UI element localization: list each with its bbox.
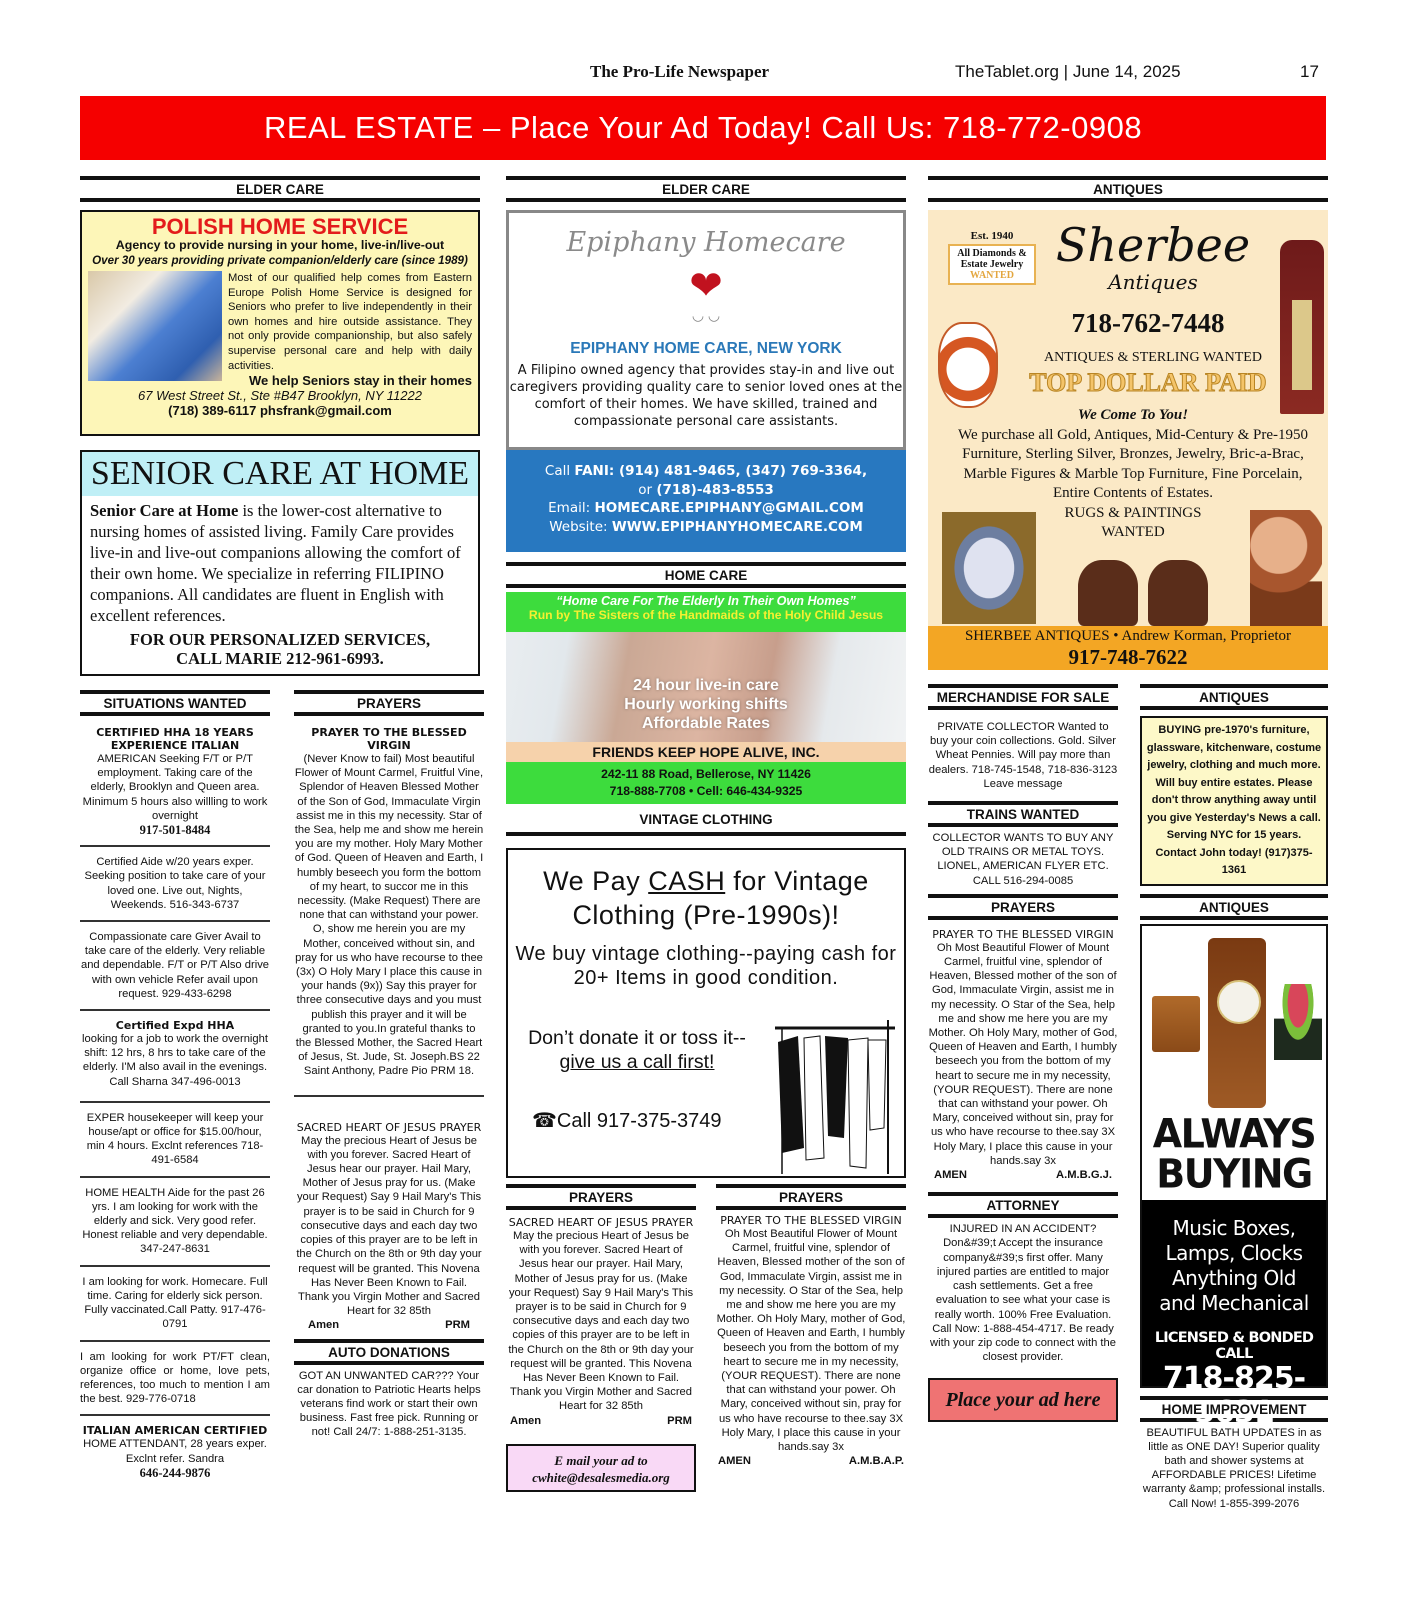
page-number: 17 (1300, 62, 1319, 82)
email-prefix: Email: (548, 500, 594, 516)
yesterdays-news-ad: BUYING pre-1970's furniture, glassware, … (1140, 716, 1328, 886)
phonograph-icon (1152, 996, 1200, 1052)
place-your-ad-button[interactable]: Place your ad here (928, 1378, 1118, 1422)
section-header-trains: TRAINS WANTED (928, 801, 1118, 827)
section-header-elder-care: ELDER CARE (80, 176, 480, 202)
ad-heading: Certified Expd HHA (80, 1019, 270, 1032)
signoff-right: A.M.B.G.J. (1056, 1168, 1112, 1182)
website-url: WWW.EPIPHANYHOMECARE.COM (612, 519, 863, 535)
ad-body: HOME HEALTH Aide for the past 26 yrs. I … (80, 1186, 270, 1257)
ad-body: looking for a job to work the overnight … (80, 1032, 270, 1089)
prayer-body: Oh Most Beautiful Flower of Mount Carmel… (928, 941, 1118, 1168)
prayer-ad: SACRED HEART OF JESUS PRAYER May the pre… (294, 1121, 484, 1333)
organization-name: FRIENDS KEEP HOPE ALIVE, INC. (506, 742, 906, 762)
prayer-body: (Never Know to fail) Most beautiful Flow… (294, 752, 484, 1079)
footer-phone: 917-748-7622 (928, 646, 1328, 668)
prayer-title: PRAYER TO THE BLESSED VIRGIN (294, 726, 484, 752)
or-prefix: or (638, 482, 656, 498)
ad-logo-script: Epiphany Homecare (509, 227, 903, 258)
ad-body: Certified Aide w/20 years exper. Seeking… (80, 855, 270, 912)
ad-body: Senior Care at Home is the lower-cost al… (82, 496, 478, 630)
email-your-ad-box[interactable]: E mail your ad to cwhite@desalesmedia.or… (506, 1444, 696, 1492)
prayer-signoff: Amen PRM (294, 1318, 484, 1332)
ad-cta-line2: CALL MARIE 212-961-6993. (82, 649, 478, 668)
est-badge: Est. 1940 All Diamonds & Estate Jewelry … (948, 230, 1036, 285)
sherbee-logo: Sherbee Antiques (1043, 220, 1263, 294)
signoff-right: A.M.B.A.P. (849, 1454, 904, 1468)
ad-subtitle: Agency to provide nursing in your home, … (88, 238, 472, 252)
ad-top-panel: Epiphany Homecare ❤ ◡ ◡ EPIPHANY HOME CA… (506, 210, 906, 450)
prayer-ad: SACRED HEART OF JESUS PRAYER May the pre… (506, 1216, 696, 1428)
polish-home-service-ad: POLISH HOME SERVICE Agency to provide nu… (80, 210, 480, 436)
ad-message: Don’t donate it or toss it--give us a ca… (522, 1026, 752, 1074)
section-header-antiques: ANTIQUES (928, 176, 1328, 202)
auto-donation-ad: GOT AN UNWANTED CAR??? Your car donation… (294, 1369, 484, 1440)
heart-icon: ❤ (509, 264, 903, 308)
ad-contact-panel: Call FANI: (914) 481-9465, (347) 769-336… (506, 450, 906, 552)
item-line: and Mechanical (1142, 1291, 1326, 1316)
divider (80, 1101, 270, 1103)
real-estate-banner: REAL ESTATE – Place Your Ad Today! Call … (80, 96, 1326, 160)
established-year: Est. 1940 (948, 230, 1036, 242)
section-header-auto-donations: AUTO DONATIONS (294, 1339, 484, 1365)
always-buying-headline: ALWAYS BUYING (1142, 1114, 1326, 1194)
friends-keep-hope-alive-ad: “Home Care For The Elderly In Their Own … (506, 592, 906, 804)
merchandise-ad: PRIVATE COLLECTOR Wanted to buy your coi… (928, 720, 1118, 791)
ad-body: EXPER housekeeper will keep your house/a… (80, 1111, 270, 1168)
section-header-prayers: PRAYERS (928, 894, 1118, 920)
licensed-bonded: LICENSED & BONDED CALL (1142, 1330, 1326, 1362)
prayer-signoff: Amen PRM (506, 1414, 696, 1428)
section-header-elder-care-2: ELDER CARE (506, 176, 906, 202)
classified-ad: HOME HEALTH Aide for the past 26 yrs. I … (80, 1186, 270, 1257)
epiphany-home-care-ad: Epiphany Homecare ❤ ◡ ◡ EPIPHANY HOME CA… (506, 210, 906, 552)
section-header-vintage-clothing: VINTAGE CLOTHING (506, 810, 906, 836)
top-dollar-paid: TOP DOLLAR PAID (998, 368, 1298, 398)
ad-heading: ITALIAN AMERICAN CERTIFIED (80, 1424, 270, 1437)
column-5b: ANTIQUES BUYING pre-1970's furniture, gl… (1140, 684, 1328, 1511)
message-underlined: give us a call first! (560, 1051, 715, 1073)
senior-care-at-home-ad: SENIOR CARE AT HOME Senior Care at Home … (80, 450, 480, 676)
email-address-link[interactable]: cwhite@desalesmedia.org (508, 1469, 694, 1486)
logo-sub: Antiques (1043, 270, 1263, 294)
bronze-figure-icon (1148, 560, 1208, 626)
prayer-body: Oh Most Beautiful Flower of Mount Carmel… (716, 1227, 906, 1454)
antiques-wanted: ANTIQUES & STERLING WANTED (1008, 350, 1298, 366)
signoff-left: Amen (308, 1318, 339, 1332)
ad-address: 242-11 88 Road, Bellerose, NY 11426 (506, 766, 906, 783)
ad-footer: SHERBEE ANTIQUES • Andrew Korman, Propri… (928, 626, 1328, 670)
headline-part: We Pay (543, 866, 648, 896)
hands-icon: ◡ ◡ (509, 308, 903, 322)
call-number: Call 917-375-3749 (557, 1110, 722, 1132)
divider (80, 1340, 270, 1342)
item-line: Music Boxes, (1142, 1216, 1326, 1241)
caregiver-photo (88, 271, 222, 381)
prayer-signoff: AMEN A.M.B.G.J. (928, 1168, 1118, 1182)
antiques-illustration (1142, 926, 1326, 1116)
proprietor: SHERBEE ANTIQUES • Andrew Korman, Propri… (928, 626, 1328, 646)
classified-ad: Certified Aide w/20 years exper. Seeking… (80, 855, 270, 912)
logo-main: Sherbee (1043, 220, 1263, 270)
signoff-left: Amen (510, 1414, 541, 1428)
ad-header: “Home Care For The Elderly In Their Own … (506, 592, 906, 632)
prayers-column-3b: PRAYERS PRAYER TO THE BLESSED VIRGIN Oh … (716, 1184, 906, 1468)
ad-body: A Filipino owned agency that provides st… (509, 362, 903, 430)
divider (80, 845, 270, 847)
section-header-prayers: PRAYERS (506, 1184, 696, 1210)
tiffany-lamp-icon (1274, 984, 1322, 1060)
prayer-title: PRAYER TO THE BLESSED VIRGIN (928, 928, 1118, 941)
ad-headline: We Pay CASH for Vintage Clothing (Pre-19… (514, 864, 898, 932)
alt-phone: (718)-483-8553 (656, 482, 773, 498)
divider (80, 1176, 270, 1178)
divider (80, 1265, 270, 1267)
ad-quote: “Home Care For The Elderly In Their Own … (506, 594, 906, 608)
vase-icon (938, 322, 998, 408)
always-buying-panel: Music Boxes, Lamps, Clocks Anything Old … (1142, 1200, 1326, 1386)
situations-wanted-column: SITUATIONS WANTED CERTIFIED HHA 18 YEARS… (80, 690, 270, 1480)
ad-call: ☎Call 917-375-3749 (532, 1108, 721, 1133)
ad-lead: Senior Care at Home (90, 501, 238, 520)
classified-ad: I am looking for work. Homecare. Full ti… (80, 1275, 270, 1332)
signoff-left: AMEN (934, 1168, 967, 1182)
ad-run-by: Run by The Sisters of the Handmaids of t… (506, 608, 906, 622)
email-prompt: E mail your ad to (508, 1452, 694, 1469)
column-5a: MERCHANDISE FOR SALE PRIVATE COLLECTOR W… (928, 684, 1118, 1422)
ad-body: AMERICAN Seeking F/T or P/T employment. … (80, 752, 270, 823)
signoff-right: PRM (667, 1414, 692, 1428)
ad-heading: CERTIFIED HHA 18 YEARS EXPERIENCE ITALIA… (80, 726, 270, 752)
prayer-body: May the precious Heart of Jesus be with … (506, 1229, 696, 1414)
ad-phone: 646-244-9876 (80, 1466, 270, 1480)
section-header-home-care: HOME CARE (506, 562, 906, 588)
prayer-title: SACRED HEART OF JESUS PRAYER (506, 1216, 696, 1229)
prayer-title: PRAYER TO THE BLESSED VIRGIN (716, 1214, 906, 1227)
classified-ad: I am looking for work PT/FT clean, organ… (80, 1350, 270, 1407)
item-line: Anything Old (1142, 1266, 1326, 1291)
ad-body: HOME ATTENDANT, 28 years exper. Exclnt r… (80, 1437, 270, 1465)
wall-clock-icon (1208, 938, 1266, 1108)
divider (80, 1414, 270, 1416)
frame-line: Estate Jewelry (952, 259, 1032, 270)
headline-cash: CASH (648, 866, 725, 896)
section-header-merchandise: MERCHANDISE FOR SALE (928, 684, 1118, 710)
classified-ad: ITALIAN AMERICAN CERTIFIED HOME ATTENDAN… (80, 1424, 270, 1480)
service-line: Hourly working shifts (506, 695, 906, 714)
ad-phone: 917-501-8484 (80, 823, 270, 837)
ad-title: EPIPHANY HOME CARE, NEW YORK (509, 340, 903, 358)
section-header-antiques-2: ANTIQUES (1140, 894, 1328, 920)
classified-ad: EXPER housekeeper will keep your house/a… (80, 1111, 270, 1168)
divider (80, 920, 270, 922)
prayer-title: SACRED HEART OF JESUS PRAYER (294, 1121, 484, 1134)
ad-phones: 718-888-7708 • Cell: 646-434-9325 (506, 783, 906, 800)
ad-tagline: Over 30 years providing private companio… (88, 254, 472, 267)
telephone-icon: ☎ (532, 1110, 557, 1132)
call-prefix: Call (545, 463, 575, 479)
item-line: Lamps, Clocks (1142, 1241, 1326, 1266)
prayer-body: May the precious Heart of Jesus be with … (294, 1134, 484, 1319)
prayer-ad: PRAYER TO THE BLESSED VIRGIN Oh Most Bea… (928, 928, 1118, 1182)
attorney-ad: INJURED IN AN ACCIDENT? Don&#39;t Accept… (928, 1222, 1118, 1364)
ad-body: I am looking for work. Homecare. Full ti… (80, 1275, 270, 1332)
email-address: HOMECARE.EPIPHANY@GMAIL.COM (594, 500, 863, 516)
ad-body: I am looking for work PT/FT clean, organ… (80, 1350, 270, 1407)
portrait-painting-icon (942, 512, 1036, 624)
prayer-ad: PRAYER TO THE BLESSED VIRGIN (Never Know… (294, 726, 484, 1079)
ad-title: SENIOR CARE AT HOME (82, 452, 478, 496)
classified-ad: Compassionate care Giver Avail to take c… (80, 930, 270, 1001)
divider (294, 1095, 484, 1097)
purchase-list: We purchase all Gold, Antiques, Mid-Cent… (958, 426, 1308, 504)
ad-title: POLISH HOME SERVICE (88, 216, 472, 238)
ad-phone: 718-762-7448 (1028, 308, 1268, 339)
call-phones: FANI: (914) 481-9465, (347) 769-3364, (574, 463, 867, 479)
ad-contact: (718) 389-6117 phsfrank@gmail.com (88, 403, 472, 418)
ad-cta-line1: FOR OUR PERSONALIZED SERVICES, (82, 630, 478, 649)
frame-wanted: WANTED (952, 270, 1032, 281)
vintage-clothing-ad: We Pay CASH for Vintage Clothing (Pre-19… (506, 848, 906, 1178)
clothing-rack-icon (770, 1018, 900, 1174)
section-header-prayers: PRAYERS (294, 690, 484, 716)
ad-footer: 242-11 88 Road, Bellerose, NY 11426 718-… (506, 762, 906, 804)
prayer-signoff: AMEN A.M.B.A.P. (716, 1454, 906, 1468)
frame-line: All Diamonds & (952, 248, 1032, 259)
diamonds-frame: All Diamonds & Estate Jewelry WANTED (948, 244, 1036, 285)
gramophone-icon (1250, 510, 1322, 628)
sherbee-antiques-ad: Est. 1940 All Diamonds & Estate Jewelry … (928, 210, 1328, 670)
prayers-column-3a: PRAYERS SACRED HEART OF JESUS PRAYER May… (506, 1184, 696, 1492)
ad-address: 67 West Street St., Ste #B47 Brooklyn, N… (88, 388, 472, 403)
section-header-situations-wanted: SITUATIONS WANTED (80, 690, 270, 716)
section-header-attorney: ATTORNEY (928, 1192, 1118, 1218)
message-part: Don’t donate it or toss it-- (528, 1027, 746, 1049)
section-header-antiques: ANTIQUES (1140, 684, 1328, 710)
service-line: 24 hour live-in care (506, 676, 906, 695)
prayer-ad: PRAYER TO THE BLESSED VIRGIN Oh Most Bea… (716, 1214, 906, 1468)
ad-subheadline: We buy vintage clothing--paying cash for… (514, 942, 898, 990)
signoff-left: AMEN (718, 1454, 751, 1468)
trains-ad: COLLECTOR WANTS TO BUY ANY OLD TRAINS OR… (928, 831, 1118, 888)
website-prefix: Website: (549, 519, 612, 535)
holding-hands-photo: 24 hour live-in care Hourly working shif… (506, 632, 906, 742)
divider (80, 1009, 270, 1011)
signoff-right: PRM (445, 1318, 470, 1332)
ad-body: Compassionate care Giver Avail to take c… (80, 930, 270, 1001)
bronze-figure-icon (1078, 560, 1138, 626)
prayers-column-2: PRAYERS PRAYER TO THE BLESSED VIRGIN (Ne… (294, 690, 484, 1440)
we-come-to-you: We Come To You! (958, 406, 1308, 426)
classified-ad: Certified Expd HHA looking for a job to … (80, 1019, 270, 1089)
classified-ad: CERTIFIED HHA 18 YEARS EXPERIENCE ITALIA… (80, 726, 270, 837)
home-improvement-ad: BEAUTIFUL BATH UPDATES in as little as O… (1140, 1426, 1328, 1511)
section-header-prayers: PRAYERS (716, 1184, 906, 1210)
site-and-date: TheTablet.org | June 14, 2025 (955, 62, 1181, 82)
newspaper-tagline: The Pro-Life Newspaper (590, 62, 769, 82)
always-buying-ad: ALWAYS BUYING Music Boxes, Lamps, Clocks… (1140, 924, 1328, 1388)
service-line: Affordable Rates (506, 714, 906, 733)
